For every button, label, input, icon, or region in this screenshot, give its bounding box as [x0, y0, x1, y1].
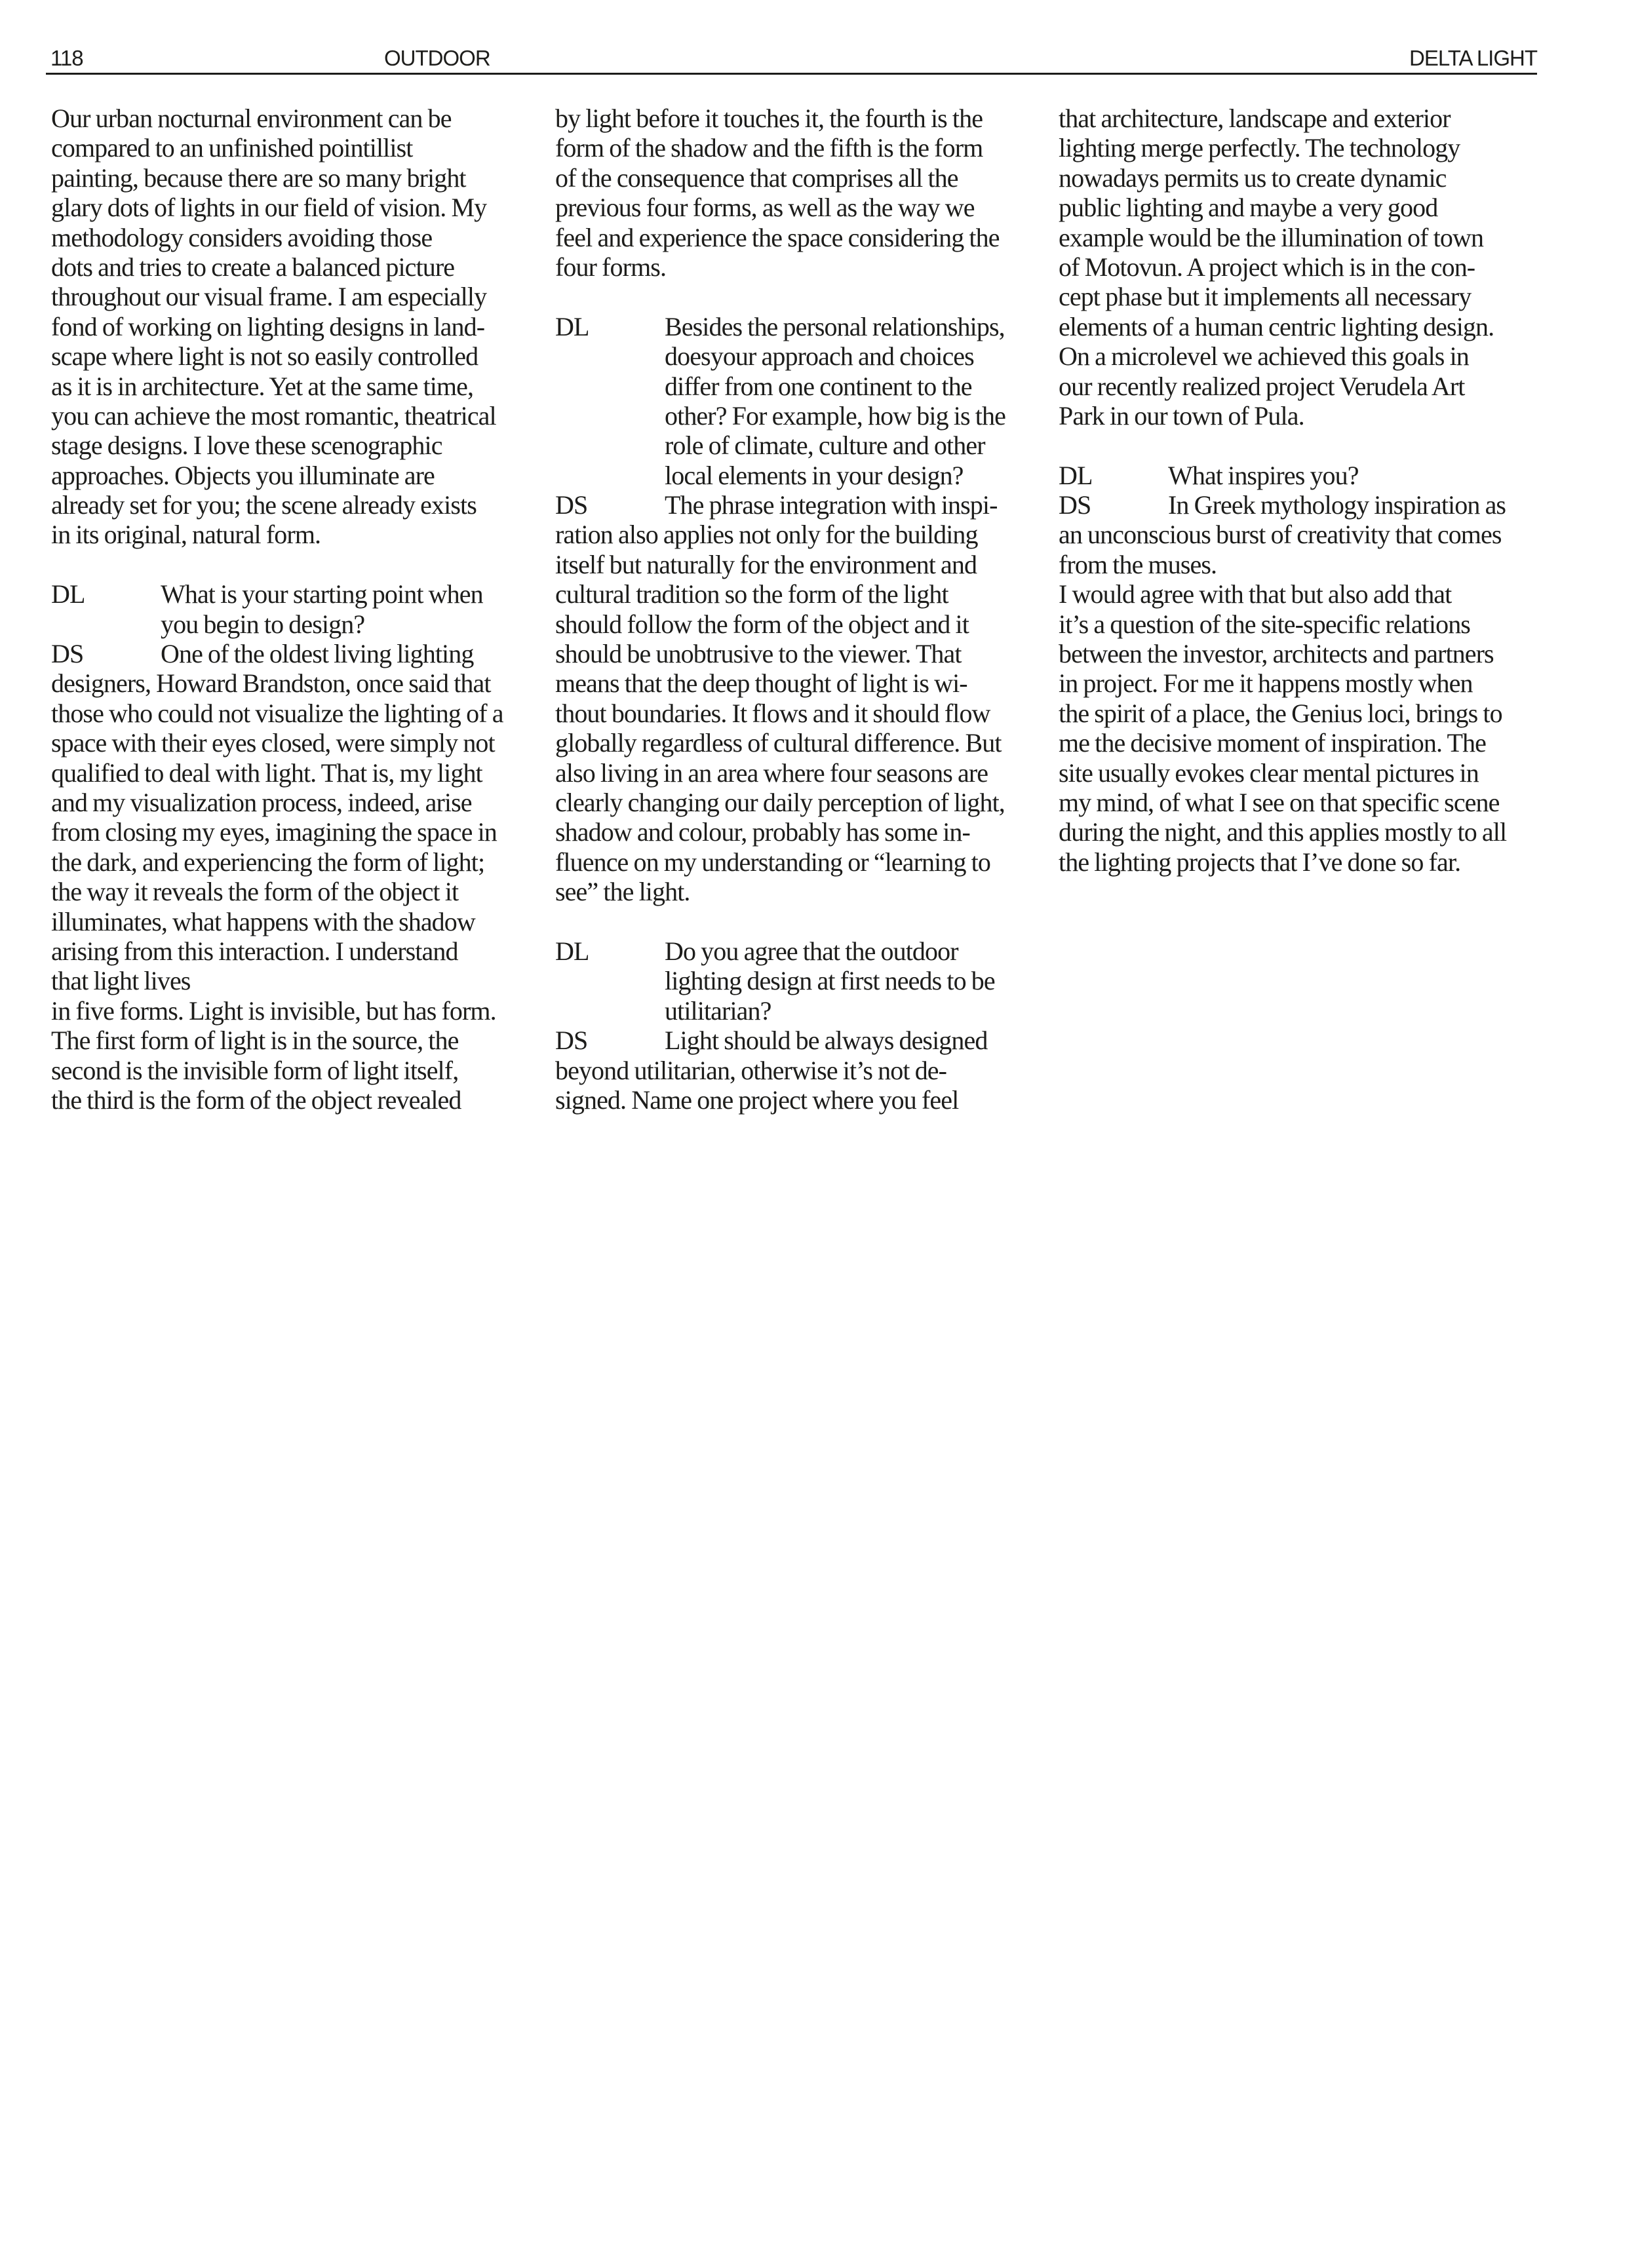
body-text-line: site usually evokes clear mental picture… [1059, 758, 1544, 788]
body-text-line: methodology considers avoiding those [51, 223, 536, 252]
body-text-line: dots and tries to create a balanced pict… [51, 252, 536, 282]
paragraph-spacer [555, 282, 1040, 311]
interview-turn-line: DLBesides the personal relationships, [555, 312, 1040, 341]
body-text-line: thout boundaries. It flows and it should… [555, 699, 1040, 728]
body-text-line: it’s a question of the site-specific rel… [1059, 609, 1544, 639]
body-text-line: the third is the form of the object reve… [51, 1085, 536, 1115]
speaker-label: DL [555, 312, 665, 341]
body-text-line: from closing my eyes, imagining the spac… [51, 817, 536, 847]
body-text-line: in five forms. Light is invisible, but h… [51, 996, 536, 1026]
body-text-line: designers, Howard Brandston, once said t… [51, 668, 536, 698]
speaker-label: DL [555, 936, 665, 966]
body-text-line: globally regardless of cultural differen… [555, 728, 1040, 758]
header-rule [46, 73, 1537, 75]
speaker-label: DS [555, 1026, 665, 1055]
body-text-line: nowadays permits us to create dynamic [1059, 163, 1544, 193]
body-text-line: I would agree with that but also add tha… [1059, 579, 1544, 609]
body-text-line: stage designs. I love these scenographic [51, 431, 536, 460]
body-text-line: Our urban nocturnal environment can be [51, 104, 536, 133]
body-text-line: during the night, and this applies mostl… [1059, 817, 1544, 847]
speaker-label: DL [51, 579, 161, 609]
interview-turn-line: DSThe phrase integration with inspi- [555, 490, 1040, 520]
body-text: What inspires you? [1168, 461, 1359, 490]
body-text-line: second is the invisible form of light it… [51, 1056, 536, 1085]
body-text-line: that light lives [51, 966, 536, 995]
body-text-line: the way it reveals the form of the objec… [51, 877, 536, 906]
body-text-line: lighting merge perfectly. The technology [1059, 133, 1544, 163]
body-text-line: fond of working on lighting designs in l… [51, 312, 536, 341]
body-text-line: by light before it touches it, the fourt… [555, 104, 1040, 133]
body-text-line: On a microlevel we achieved this goals i… [1059, 341, 1544, 371]
body-text-line: and my visualization process, indeed, ar… [51, 788, 536, 817]
body-text: What is your starting point when [161, 579, 483, 609]
question-continuation-line: doesyour approach and choices [555, 341, 1040, 371]
body-text-line: painting, because there are so many brig… [51, 163, 536, 193]
body-text-line: see” the light. [555, 877, 1040, 906]
publication-name: DELTA LIGHT [1409, 43, 1537, 73]
running-head: 118 OUTDOOR DELTA LIGHT [50, 43, 1537, 73]
section-title: OUTDOOR [384, 43, 490, 73]
interview-turn-line: DSLight should be always designed [555, 1026, 1040, 1055]
body-text-line: The first form of light is in the source… [51, 1026, 536, 1055]
body-text-line: approaches. Objects you illuminate are [51, 461, 536, 490]
body-text-line: fluence on my understanding or “learning… [555, 847, 1040, 877]
body-text-line: qualified to deal with light. That is, m… [51, 758, 536, 788]
interview-turn-line: DSIn Greek mythology inspiration as [1059, 490, 1544, 520]
body-text: The phrase integration with inspi- [665, 490, 998, 520]
body-text-line: Park in our town of Pula. [1059, 401, 1544, 431]
body-text-line: the spirit of a place, the Genius loci, … [1059, 699, 1544, 728]
body-text-line: signed. Name one project where you feel [555, 1085, 1040, 1115]
body-text-line: my mind, of what I see on that specific … [1059, 788, 1544, 817]
paragraph-spacer [51, 550, 536, 579]
question-continuation-line: lighting design at first needs to be [555, 966, 1040, 995]
body-text-line: form of the shadow and the fifth is the … [555, 133, 1040, 163]
interview-turn-line: DLWhat is your starting point when [51, 579, 536, 609]
body-text-line: ration also applies not only for the bui… [555, 520, 1040, 549]
body-text-line: those who could not visualize the lighti… [51, 699, 536, 728]
body-text-line: compared to an unfinished pointillist [51, 133, 536, 163]
body-text-line: should follow the form of the object and… [555, 609, 1040, 639]
speaker-label: DS [555, 490, 665, 520]
body-text-line: elements of a human centric lighting des… [1059, 312, 1544, 341]
body-text-line: glary dots of lights in our field of vis… [51, 193, 536, 222]
body-text-line: cultural tradition so the form of the li… [555, 579, 1040, 609]
body-text: One of the oldest living lighting [161, 639, 473, 668]
speaker-label: DL [1059, 461, 1168, 490]
body-text-line: previous four forms, as well as the way … [555, 193, 1040, 222]
question-continuation-line: utilitarian? [555, 996, 1040, 1026]
body-text-line: of Motovun. A project which is in the co… [1059, 252, 1544, 282]
body-text-line: the dark, and experiencing the form of l… [51, 847, 536, 877]
body-text-line: in its original, natural form. [51, 520, 536, 549]
question-continuation-line: you begin to design? [51, 609, 536, 639]
body-text: Do you agree that the outdoor [665, 936, 958, 966]
body-text-line: space with their eyes closed, were simpl… [51, 728, 536, 758]
body-text-line: clearly changing our daily perception of… [555, 788, 1040, 817]
text-column-2: by light before it touches it, the fourt… [555, 104, 1040, 1115]
interview-turn-line: DLWhat inspires you? [1059, 461, 1544, 490]
interview-turn-line: DLDo you agree that the outdoor [555, 936, 1040, 966]
body-text-line: example would be the illumination of tow… [1059, 223, 1544, 252]
body-text-line: itself but naturally for the environment… [555, 550, 1040, 579]
speaker-label: DS [51, 639, 161, 668]
body-text-line: four forms. [555, 252, 1040, 282]
body-text-line: of the consequence that comprises all th… [555, 163, 1040, 193]
question-continuation-line: differ from one continent to the [555, 372, 1040, 401]
body-text-line: our recently realized project Verudela A… [1059, 372, 1544, 401]
body-text: Light should be always designed [665, 1026, 987, 1055]
body-text-line: cept phase but it implements all necessa… [1059, 282, 1544, 311]
paragraph-spacer [555, 907, 1040, 936]
body-text: In Greek mythology inspiration as [1168, 490, 1506, 520]
body-text-line: feel and experience the space considerin… [555, 223, 1040, 252]
body-text-line: already set for you; the scene already e… [51, 490, 536, 520]
body-text-line: beyond utilitarian, otherwise it’s not d… [555, 1056, 1040, 1085]
text-column-1: Our urban nocturnal environment can beco… [51, 104, 536, 1115]
body-text-line: arising from this interaction. I underst… [51, 936, 536, 966]
body-text-line: in project. For me it happens mostly whe… [1059, 668, 1544, 698]
body-text-line: from the muses. [1059, 550, 1544, 579]
interview-turn-line: DSOne of the oldest living lighting [51, 639, 536, 668]
question-continuation-line: role of climate, culture and other [555, 431, 1040, 460]
page-number: 118 [50, 43, 83, 73]
body-text-line: also living in an area where four season… [555, 758, 1040, 788]
body-text-line: the lighting projects that I’ve done so … [1059, 847, 1544, 877]
body-text-line: scape where light is not so easily contr… [51, 341, 536, 371]
body-text-line: should be unobtrusive to the viewer. Tha… [555, 639, 1040, 668]
body-text-line: throughout our visual frame. I am especi… [51, 282, 536, 311]
question-continuation-line: local elements in your design? [555, 461, 1040, 490]
question-continuation-line: other? For example, how big is the [555, 401, 1040, 431]
body-text-line: between the investor, architects and par… [1059, 639, 1544, 668]
body-text-line: that architecture, landscape and exterio… [1059, 104, 1544, 133]
paragraph-spacer [1059, 431, 1544, 460]
body-text-line: illuminates, what happens with the shado… [51, 907, 536, 936]
speaker-label: DS [1059, 490, 1168, 520]
body-text-line: as it is in architecture. Yet at the sam… [51, 372, 536, 401]
body-text-line: an unconscious burst of creativity that … [1059, 520, 1544, 549]
body-text-line: you can achieve the most romantic, theat… [51, 401, 536, 431]
body-text: Besides the personal relationships, [665, 312, 1005, 341]
body-text-line: public lighting and maybe a very good [1059, 193, 1544, 222]
body-text-line: me the decisive moment of inspiration. T… [1059, 728, 1544, 758]
body-text-line: means that the deep thought of light is … [555, 668, 1040, 698]
text-column-3: that architecture, landscape and exterio… [1059, 104, 1544, 877]
body-text-line: shadow and colour, probably has some in- [555, 817, 1040, 847]
